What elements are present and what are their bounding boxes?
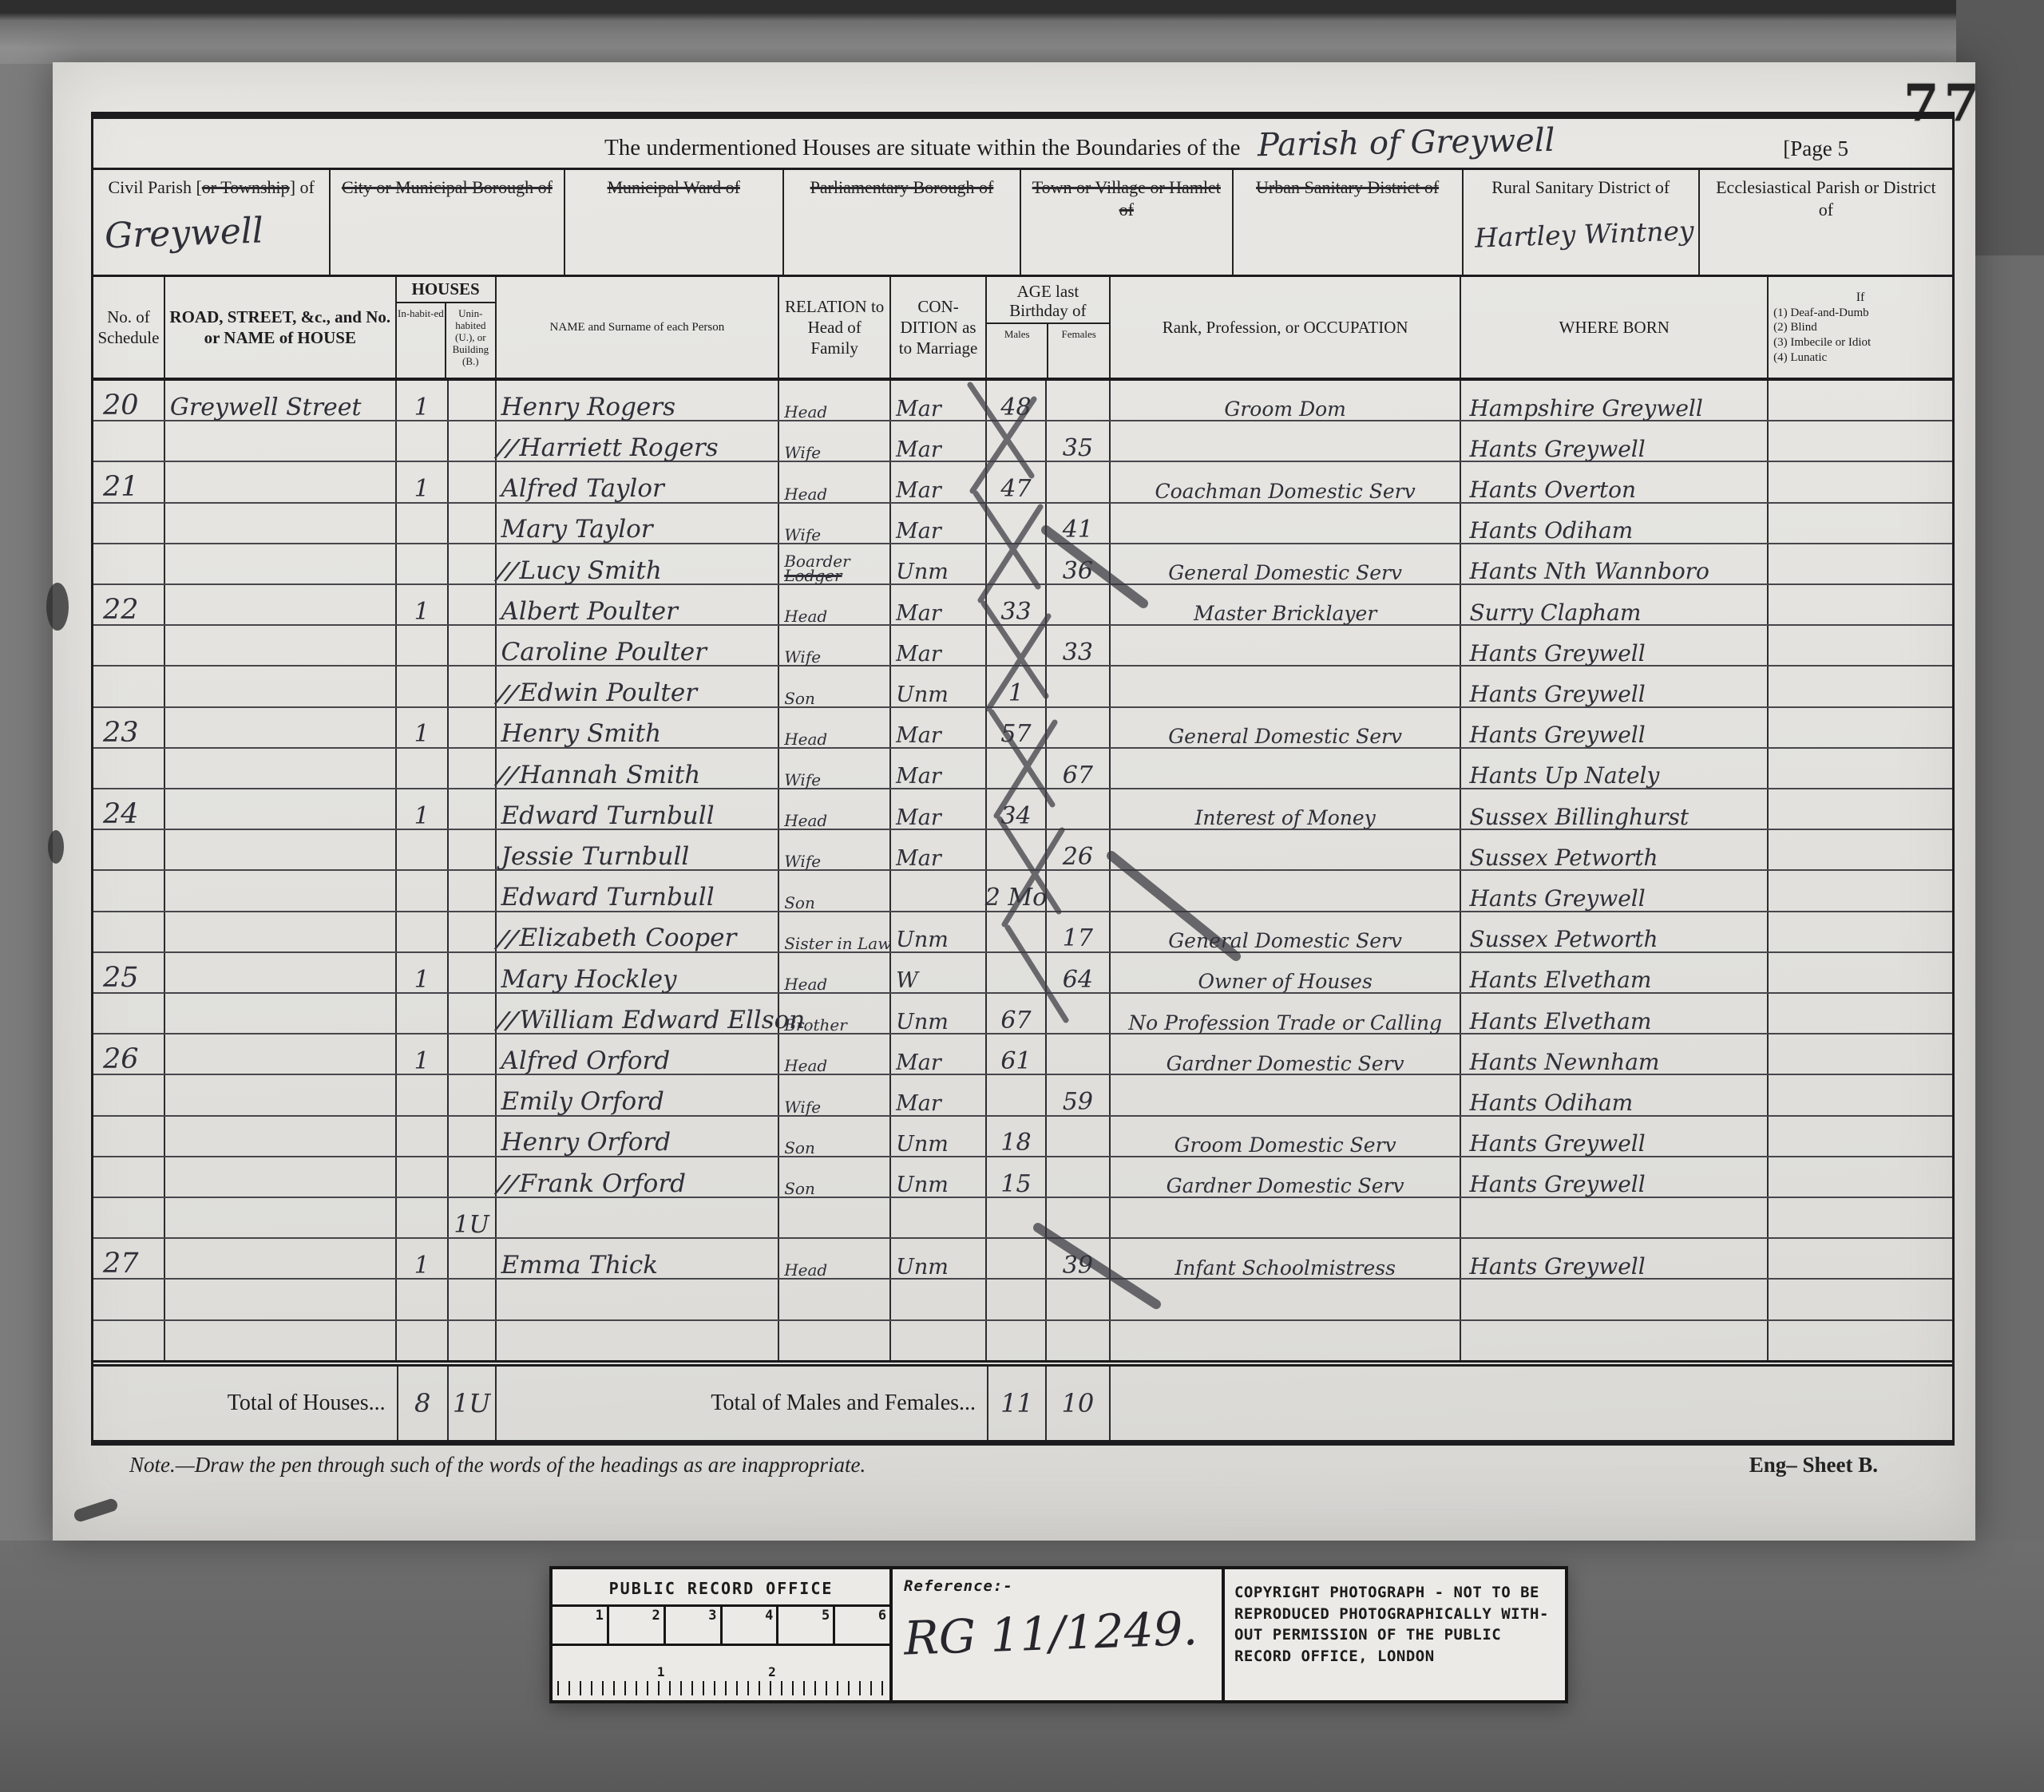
infirmity-item: (3) Imbecile or Idiot <box>1773 335 1871 350</box>
cell-age-female <box>1047 708 1111 747</box>
table-row: 26 1 Alfred Orford Head Mar 61 Gardner D… <box>93 1034 1952 1075</box>
table-row: Elizabeth Cooper Sister in Law Unm 17 Ge… <box>93 912 1952 953</box>
cell-person-name: Caroline Poulter <box>497 626 780 665</box>
relation-stack: Son <box>784 1181 815 1196</box>
cell-road <box>165 830 397 869</box>
age-female: 39 <box>1063 1255 1093 1278</box>
relation-value: Wife <box>784 650 821 664</box>
cell-condition <box>891 1198 987 1237</box>
col-header-infirmity: If (1) Deaf-and-Dumb (2) Blind (3) Imbec… <box>1769 277 1952 378</box>
occupation-value: Groom Domestic Serv <box>1175 1136 1396 1155</box>
cell-infirmity <box>1769 789 1952 829</box>
cell-condition: Mar <box>891 381 987 420</box>
age-female: 35 <box>1063 437 1093 461</box>
cell-schedule-number: 22 <box>93 585 165 624</box>
occupation-value: Gardner Domestic Serv <box>1167 1054 1404 1074</box>
cell-infirmity <box>1769 1280 1952 1319</box>
person-name: Elizabeth Cooper <box>520 927 737 950</box>
table-header: No. of Schedule ROAD, STREET, &c., and N… <box>93 277 1952 381</box>
person-name: Alfred Taylor <box>501 477 664 500</box>
schedule-number: 25 <box>98 965 139 991</box>
where-born-value: Hants Overton <box>1466 480 1636 501</box>
cell-schedule-number <box>93 504 165 543</box>
cell-occupation <box>1111 504 1462 543</box>
cell-condition: Unm <box>891 667 987 706</box>
relation-stack: Sister in Law <box>784 936 891 951</box>
cell-uninhabited <box>449 994 497 1033</box>
cell-person-name: Hannah Smith <box>497 749 780 788</box>
col-header-label: No. of Schedule <box>97 307 160 349</box>
where-born-value: Hants Greywell <box>1466 1256 1645 1278</box>
form-title-row: The undermentioned Houses are situate wi… <box>93 119 1952 170</box>
relation-stack: Wife <box>784 528 821 542</box>
cell-condition: Mar <box>891 708 987 747</box>
cell-person-name <box>497 1280 780 1319</box>
relation-value: Son <box>784 1141 815 1155</box>
person-name: Emma Thick <box>501 1254 658 1277</box>
double-tick-mark <box>493 439 521 458</box>
table-row: Edward Turnbull Son 2 Mo Hants Greywell <box>93 871 1952 912</box>
cell-road <box>165 749 397 788</box>
cell-age-male <box>987 749 1047 788</box>
cell-where-born <box>1461 1321 1769 1360</box>
cell-person-name <box>497 1321 780 1360</box>
inhabited-mark: 1 <box>414 601 430 624</box>
cell-inhabited <box>397 1198 449 1237</box>
census-form-paper: 77 The undermentioned Houses are situate… <box>53 62 1975 1541</box>
cell-uninhabited <box>449 1239 497 1278</box>
table-body: 20 Greywell Street 1 Henry Rogers Head M… <box>93 381 1952 1360</box>
col-header-females: Females <box>1048 324 1108 378</box>
cell-age-male: 15 <box>987 1157 1047 1197</box>
cell-uninhabited <box>449 708 497 747</box>
ruler-segment: 2 <box>609 1607 666 1644</box>
age-male: 2 Mo <box>985 887 1047 910</box>
cell-age-male <box>987 544 1047 583</box>
cell-road <box>165 1157 397 1197</box>
occupation-value: Interest of Money <box>1194 809 1375 828</box>
cell-infirmity <box>1769 381 1952 420</box>
cell-age-male: 2 Mo <box>987 871 1047 910</box>
cell-occupation <box>1111 1321 1462 1360</box>
cell-infirmity <box>1769 994 1952 1033</box>
cell-where-born: Hants Greywell <box>1461 1117 1769 1156</box>
table-row: Harriett Rogers Wife Mar 35 Hants Greywe… <box>93 421 1952 462</box>
cell-age-female: 35 <box>1047 421 1111 461</box>
condition-value: Unm <box>896 1012 949 1033</box>
cell-age-female: 39 <box>1047 1239 1111 1278</box>
infirmity-title: If <box>1856 290 1865 306</box>
relation-value: Sister in Law <box>784 936 891 951</box>
cell-schedule-number <box>93 749 165 788</box>
person-name: William Edward Ellson <box>520 1009 806 1032</box>
cell-relation: Head <box>779 1034 891 1074</box>
person-name: Edward Turnbull <box>501 886 715 909</box>
relation-stack: Wife <box>784 1100 821 1114</box>
cell-occupation <box>1111 830 1462 869</box>
copyright-line: OUT PERMISSION OF THE PUBLIC <box>1234 1624 1555 1646</box>
occupation-value: General Domestic Serv <box>1168 564 1402 583</box>
relation-stack: Wife <box>784 650 821 664</box>
cell-occupation: General Domestic Serv <box>1111 708 1462 747</box>
relation-stack: Head <box>784 1058 827 1073</box>
ruler-segment: 5 <box>778 1607 835 1644</box>
cell-infirmity <box>1769 953 1952 992</box>
occupation-value: Coachman Domestic Serv <box>1155 482 1416 501</box>
cell-where-born: Sussex Petworth <box>1461 912 1769 951</box>
relation-value: Son <box>784 896 815 910</box>
cell-where-born: Surry Clapham <box>1461 585 1769 624</box>
infirmity-item: (4) Lunatic <box>1773 350 1827 366</box>
cell-age-female <box>1047 789 1111 829</box>
relation-value: Brother <box>784 1018 847 1032</box>
cell-where-born: Hants Greywell <box>1461 708 1769 747</box>
cell-uninhabited <box>449 667 497 706</box>
double-tick-mark <box>493 562 521 581</box>
double-tick-mark <box>493 1175 521 1194</box>
col-header-inhabited: In-habit-ed <box>397 303 446 378</box>
cell-relation <box>779 1198 891 1237</box>
cell-age-male <box>987 421 1047 461</box>
form-title-handwritten: Parish of Greywell <box>1258 122 1555 164</box>
relation-stack: Head <box>784 732 827 746</box>
cell-inhabited: 1 <box>397 953 449 992</box>
reference-label: Reference:- <box>904 1577 1210 1595</box>
cell-occupation <box>1111 749 1462 788</box>
cell-where-born: Hants Odiham <box>1461 504 1769 543</box>
relation-value: Wife <box>784 1100 821 1114</box>
cell-road <box>165 1198 397 1237</box>
cell-uninhabited <box>449 1280 497 1319</box>
cell-condition: Unm <box>891 994 987 1033</box>
schedule-number: 22 <box>98 597 139 623</box>
copyright-line: RECORD OFFICE, LONDON <box>1234 1646 1555 1667</box>
cell-road <box>165 1117 397 1156</box>
cell-inhabited <box>397 749 449 788</box>
cell-occupation <box>1111 626 1462 665</box>
cell-condition: Mar <box>891 1034 987 1074</box>
cell-occupation <box>1111 667 1462 706</box>
relation-stack: Head <box>784 609 827 623</box>
where-born-value: Hants Greywell <box>1466 684 1645 706</box>
relation-value: Head <box>784 732 827 746</box>
cell-uninhabited <box>449 1034 497 1074</box>
cell-age-female: 17 <box>1047 912 1111 951</box>
footer-note: Note.—Draw the pen through such of the w… <box>129 1453 866 1478</box>
cell-uninhabited <box>449 830 497 869</box>
inhabited-mark: 1 <box>414 1255 430 1278</box>
age-female: 36 <box>1063 560 1093 583</box>
page-number-label: [Page 5 <box>1783 136 1848 161</box>
total-value: 10 <box>1062 1388 1095 1418</box>
cell-age-male <box>987 626 1047 665</box>
condition-value: Mar <box>896 521 941 542</box>
cell-occupation: Coachman Domestic Serv <box>1111 462 1462 501</box>
condition-value: Mar <box>896 603 941 624</box>
where-born-value: Hants Odiham <box>1466 1093 1633 1114</box>
ink-blot <box>73 1497 119 1524</box>
person-name: Hannah Smith <box>520 764 701 787</box>
cell-relation: Head <box>779 789 891 829</box>
table-row: 1U <box>93 1198 1952 1239</box>
totals-empty-cell <box>1769 1367 1952 1440</box>
cell-condition <box>891 1321 987 1360</box>
person-name: Henry Rogers <box>501 396 675 419</box>
sheet-label: Eng– Sheet B. <box>1749 1453 1910 1478</box>
cell-road <box>165 462 397 501</box>
condition-value: Unm <box>896 685 949 706</box>
total-persons-label: Total of Males and Females... <box>497 1367 987 1440</box>
district-label-pre: Rural Sanitary District of <box>1491 177 1670 197</box>
cell-person-name: Edward Turnbull <box>497 789 780 829</box>
road-name: Greywell Street <box>170 397 362 420</box>
cell-age-male <box>987 504 1047 543</box>
age-male: 18 <box>1000 1132 1031 1155</box>
cell-inhabited <box>397 667 449 706</box>
cell-person-name: Edwin Poulter <box>497 667 780 706</box>
where-born-value: Surry Clapham <box>1466 603 1641 624</box>
cell-inhabited: 1 <box>397 789 449 829</box>
table-row: Emily Orford Wife Mar 59 Hants Odiham <box>93 1075 1952 1116</box>
reference-value: RG 11/1249. <box>903 1600 1211 1665</box>
cell-occupation <box>1111 1198 1462 1237</box>
cell-schedule-number: 24 <box>93 789 165 829</box>
total-males: 11 <box>987 1367 1047 1440</box>
ruler-segment: 4 <box>723 1607 779 1644</box>
cell-road: Greywell Street <box>165 381 397 420</box>
col-header-label: ROAD, STREET, &c., and No. or NAME of HO… <box>168 307 392 349</box>
cell-schedule-number <box>93 994 165 1033</box>
uninhabited-mark: 1U <box>454 1214 489 1237</box>
cell-schedule-number: 21 <box>93 462 165 501</box>
cell-where-born: Hants Newnham <box>1461 1034 1769 1074</box>
district-handwritten-value: Greywell <box>104 209 264 259</box>
total-value: 1U <box>453 1388 490 1418</box>
cell-schedule-number <box>93 1198 165 1237</box>
cell-schedule-number <box>93 421 165 461</box>
age-male: 1 <box>1008 682 1024 706</box>
district-header-cell: Town or Village or Hamlet of <box>1021 170 1233 275</box>
table-row: 24 1 Edward Turnbull Head Mar 34 Interes… <box>93 789 1952 830</box>
district-label-post: ] of <box>290 177 315 197</box>
person-name: Caroline Poulter <box>501 641 707 664</box>
table-row: Henry Orford Son Unm 18 Groom Domestic S… <box>93 1117 1952 1157</box>
district-label-pre: Ecclesiastical Parish or District of <box>1716 177 1936 220</box>
where-born-value: Hants Nth Wannboro <box>1466 561 1709 583</box>
table-row: 21 1 Alfred Taylor Head Mar 47 Coachman … <box>93 462 1952 503</box>
cell-condition: Mar <box>891 830 987 869</box>
condition-value: Mar <box>896 440 941 461</box>
cell-age-female <box>1047 1034 1111 1074</box>
relation-stack: Wife <box>784 854 821 868</box>
cell-relation: Head <box>779 462 891 501</box>
cell-road <box>165 1321 397 1360</box>
cell-schedule-number: 23 <box>93 708 165 747</box>
total-value: 11 <box>1000 1388 1033 1418</box>
where-born-value: Hants Greywell <box>1466 725 1645 746</box>
relation-value: Son <box>784 1181 815 1196</box>
totals-row: Total of Houses... 8 1U Total of Males a… <box>93 1360 1952 1440</box>
where-born-value: Hants Greywell <box>1466 643 1645 665</box>
relation-value: Head <box>784 813 827 828</box>
district-header-cell: City or Municipal Borough of <box>331 170 564 275</box>
where-born-value: Hants Odiham <box>1466 520 1633 542</box>
district-label-struck: Urban Sanitary District of <box>1256 177 1439 197</box>
condition-value: Unm <box>896 1257 949 1278</box>
table-row <box>93 1280 1952 1320</box>
cell-age-male: 47 <box>987 462 1047 501</box>
col-header-label: Rank, Profession, or OCCUPATION <box>1163 317 1408 338</box>
cell-age-female <box>1047 462 1111 501</box>
col-group-age: AGE last Birthday of Males Females <box>987 277 1111 378</box>
age-male: 47 <box>1000 478 1031 501</box>
cell-person-name: Elizabeth Cooper <box>497 912 780 951</box>
age-male: 67 <box>1000 1010 1031 1033</box>
cell-schedule-number: 20 <box>93 381 165 420</box>
person-name: Mary Taylor <box>501 518 653 541</box>
cell-infirmity <box>1769 830 1952 869</box>
cell-occupation <box>1111 1280 1462 1319</box>
cell-age-male: 34 <box>987 789 1047 829</box>
district-header-cell: Ecclesiastical Parish or District of <box>1700 170 1952 275</box>
table-row: Mary Taylor Wife Mar 41 Hants Odiham <box>93 504 1952 544</box>
cell-where-born: Hants Odiham <box>1461 1075 1769 1114</box>
cell-schedule-number <box>93 1321 165 1360</box>
table-row: 27 1 Emma Thick Head Unm 39 Infant Schoo… <box>93 1239 1952 1280</box>
cell-age-male <box>987 1280 1047 1319</box>
cell-where-born: Hants Greywell <box>1461 421 1769 461</box>
cell-occupation: Groom Domestic Serv <box>1111 1117 1462 1156</box>
condition-value: Mar <box>896 766 941 787</box>
cell-relation: Sister in Law <box>779 912 891 951</box>
cell-where-born <box>1461 1280 1769 1319</box>
where-born-value: Sussex Petworth <box>1466 848 1658 869</box>
person-name: Lucy Smith <box>520 560 662 583</box>
schedule-number: 23 <box>98 720 139 746</box>
table-row: 22 1 Albert Poulter Head Mar 33 Master B… <box>93 585 1952 626</box>
cell-age-male <box>987 953 1047 992</box>
inhabited-mark: 1 <box>414 478 430 501</box>
cell-condition <box>891 871 987 910</box>
age-female: 33 <box>1063 642 1093 665</box>
where-born-value: Hants Greywell <box>1466 1174 1645 1196</box>
person-name: Alfred Orford <box>501 1050 671 1073</box>
cell-infirmity <box>1769 504 1952 543</box>
cell-age-male <box>987 1321 1047 1360</box>
cell-uninhabited: 1U <box>449 1198 497 1237</box>
relation-stack: Head <box>784 813 827 828</box>
cell-schedule-number <box>93 1075 165 1114</box>
person-name: Jessie Turnbull <box>501 845 690 868</box>
col-header-males: Males <box>987 324 1048 378</box>
inhabited-mark: 1 <box>414 1050 430 1074</box>
cell-person-name: Lucy Smith <box>497 544 780 583</box>
occupation-value: General Domestic Serv <box>1168 727 1402 746</box>
cell-age-male <box>987 1198 1047 1237</box>
cell-road <box>165 1075 397 1114</box>
district-label-struck: City or Municipal Borough of <box>342 177 553 197</box>
cell-infirmity <box>1769 1321 1952 1360</box>
col-header-schedule: No. of Schedule <box>93 277 165 378</box>
table-row: Edwin Poulter Son Unm 1 Hants Greywell <box>93 667 1952 707</box>
person-name: Edwin Poulter <box>520 682 698 705</box>
cell-infirmity <box>1769 912 1952 951</box>
cell-relation: Head <box>779 585 891 624</box>
cell-road <box>165 871 397 910</box>
cell-uninhabited <box>449 585 497 624</box>
cell-age-female <box>1047 1280 1111 1319</box>
cell-condition: Unm <box>891 1117 987 1156</box>
ink-blot <box>48 830 64 864</box>
person-name: Edward Turnbull <box>501 805 715 828</box>
where-born-value: Hants Greywell <box>1466 1133 1645 1155</box>
double-tick-mark <box>493 685 521 704</box>
cell-age-female: 26 <box>1047 830 1111 869</box>
cell-person-name: Mary Hockley <box>497 953 780 992</box>
cell-where-born: Hants Nth Wannboro <box>1461 544 1769 583</box>
occupation-value: Groom Dom <box>1224 400 1345 419</box>
cell-relation: Head <box>779 1239 891 1278</box>
cell-uninhabited <box>449 912 497 951</box>
cell-age-male: 57 <box>987 708 1047 747</box>
copyright-line: REPRODUCED PHOTOGRAPHICALLY WITH- <box>1234 1604 1555 1625</box>
cell-condition <box>891 1280 987 1319</box>
condition-value: Unm <box>896 562 949 583</box>
cell-person-name: Mary Taylor <box>497 504 780 543</box>
ruler-scale-bottom: 1 2 <box>553 1646 889 1700</box>
cell-person-name: Alfred Taylor <box>497 462 780 501</box>
cell-occupation: Owner of Houses <box>1111 953 1462 992</box>
cell-uninhabited <box>449 626 497 665</box>
condition-value: Unm <box>896 1175 949 1196</box>
condition-value: Mar <box>896 399 941 420</box>
infirmity-item: (2) Blind <box>1773 320 1817 335</box>
schedule-number: 27 <box>98 1251 139 1277</box>
cell-where-born: Sussex Billinghurst <box>1461 789 1769 829</box>
totals-empty-cell <box>1461 1367 1769 1440</box>
cell-uninhabited <box>449 1321 497 1360</box>
cell-uninhabited <box>449 789 497 829</box>
double-tick-mark <box>493 930 521 949</box>
relation-stack: Brother <box>784 1018 847 1032</box>
relation-stack: Son <box>784 1141 815 1155</box>
col-header-uninhabited: Unin-habited (U.), or Building (B.) <box>446 303 494 378</box>
cell-infirmity <box>1769 749 1952 788</box>
total-value: 8 <box>414 1388 430 1418</box>
cell-infirmity <box>1769 544 1952 583</box>
stamp-office-label: PUBLIC RECORD OFFICE <box>553 1569 889 1604</box>
col-header-name: NAME and Surname of each Person <box>497 277 780 378</box>
table-row: 20 Greywell Street 1 Henry Rogers Head M… <box>93 381 1952 421</box>
cell-occupation: Interest of Money <box>1111 789 1462 829</box>
cell-person-name <box>497 1198 780 1237</box>
infirmity-item: (1) Deaf-and-Dumb <box>1773 306 1869 321</box>
cell-uninhabited <box>449 871 497 910</box>
cell-inhabited <box>397 830 449 869</box>
cell-relation: Head <box>779 381 891 420</box>
condition-value: Unm <box>896 1134 949 1155</box>
cell-infirmity <box>1769 708 1952 747</box>
cell-infirmity <box>1769 421 1952 461</box>
col-header-label: WHERE BORN <box>1559 317 1670 338</box>
occupation-value: Gardner Domestic Serv <box>1167 1177 1404 1196</box>
condition-value: Mar <box>896 808 941 829</box>
cell-relation <box>779 1280 891 1319</box>
cell-relation: Wife <box>779 421 891 461</box>
cell-schedule-number: 25 <box>93 953 165 992</box>
age-male: 15 <box>1000 1173 1031 1197</box>
cell-where-born <box>1461 1198 1769 1237</box>
